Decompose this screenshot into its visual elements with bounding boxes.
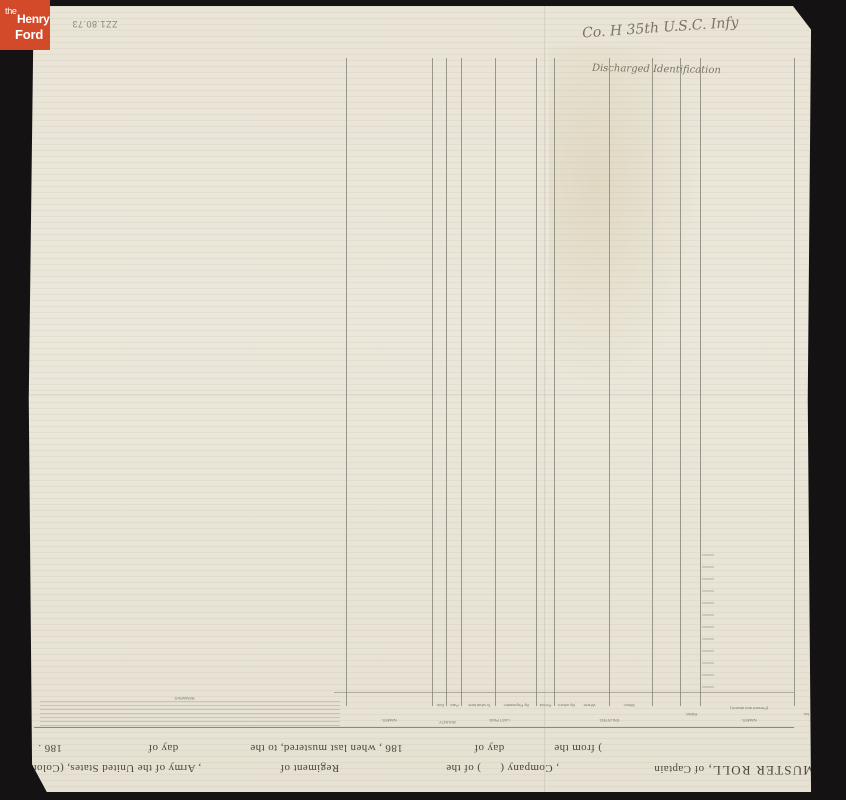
header-line-1-army: , Army of the United States, (Colonel (22, 762, 201, 774)
logo-henry: Henry (17, 13, 50, 25)
header-line-2-day1: day of (474, 742, 504, 754)
remarks-instructions-text (40, 701, 340, 729)
year-label: 186 . (38, 742, 62, 754)
of-captain-label: of Captain (654, 763, 704, 775)
column-rule (432, 58, 433, 706)
col-enlisted-where: Where. (574, 703, 604, 708)
column-rule (554, 58, 555, 706)
regiment-label: Regiment of (280, 762, 339, 774)
col-last-paid: LAST PAID. (464, 718, 534, 723)
army-label: , Army of the United States, (Colonel (22, 762, 201, 774)
col-names-2: NAMES. (354, 718, 424, 723)
col-bounty-due: Due. (433, 703, 447, 708)
column-rule (700, 58, 701, 706)
logo-ford: Ford (15, 28, 43, 41)
header-line-1-regiment: Regiment of (280, 762, 339, 774)
henry-ford-logo: the Henry Ford (0, 0, 50, 50)
vertical-fold (544, 6, 547, 792)
header-line-2-year: 186 . (38, 742, 62, 754)
horizontal-fold (14, 394, 834, 397)
column-rule (461, 58, 462, 706)
column-rule (680, 58, 681, 706)
company-label: , Company ( (500, 762, 559, 774)
handwritten-note: Discharged Identification (592, 63, 721, 76)
col-enlisted-by: By whom. (556, 703, 576, 708)
catalog-number: ZZ1.80.73 (72, 19, 118, 29)
col-no: No. (796, 712, 816, 717)
of-the-label: ) of the (446, 762, 481, 774)
col-bounty-paid: Paid. (447, 703, 461, 708)
col-enlisted-when: When. (614, 703, 644, 708)
col-last-paid-by: By Paymaster. (496, 703, 536, 708)
day-of-label-1: day of (474, 742, 504, 754)
column-rule (652, 58, 653, 706)
col-names: NAMES. (714, 718, 784, 723)
day-of-label-2: day of (148, 742, 178, 754)
header-line-2-day2: day of (148, 742, 178, 754)
col-bounty: BOUNTY. (432, 720, 462, 725)
column-rule (536, 58, 537, 706)
vertical-instruction-text (702, 554, 714, 694)
col-rank: RANK. (682, 712, 700, 717)
from-the-label: ) from the (554, 742, 602, 754)
column-rule (609, 58, 610, 706)
col-enlisted: ENLISTED. (574, 718, 644, 723)
column-rule (446, 58, 447, 706)
header-line-2-when: 186 , when last mustered, to the (250, 742, 403, 754)
column-rule (794, 58, 795, 706)
header-line-1-title: MUSTER ROLL, of Captain (654, 762, 815, 778)
col-last-paid-to: To what time. (462, 703, 496, 708)
col-period: Period. (536, 703, 554, 708)
column-rule (495, 58, 496, 706)
muster-roll-document: ZZ1.80.73 Co. H 35th U.S.C. Infy Dischar… (14, 6, 834, 792)
header-top-rule (334, 692, 794, 693)
col-names-sub: (Present and absent.) (714, 706, 784, 711)
logo-the: the (5, 7, 17, 16)
handwritten-heading: Co. H 35th U.S.C. Infy (582, 15, 739, 42)
column-rule (346, 58, 347, 706)
paper-stain (549, 46, 699, 396)
header-line-1-company: , Company ( ) of the (446, 762, 559, 774)
header-line-2-from: ) from the (554, 742, 602, 754)
when-last-mustered-label: 186 , when last mustered, to the (250, 742, 403, 754)
muster-roll-title: MUSTER ROLL, (707, 763, 815, 778)
